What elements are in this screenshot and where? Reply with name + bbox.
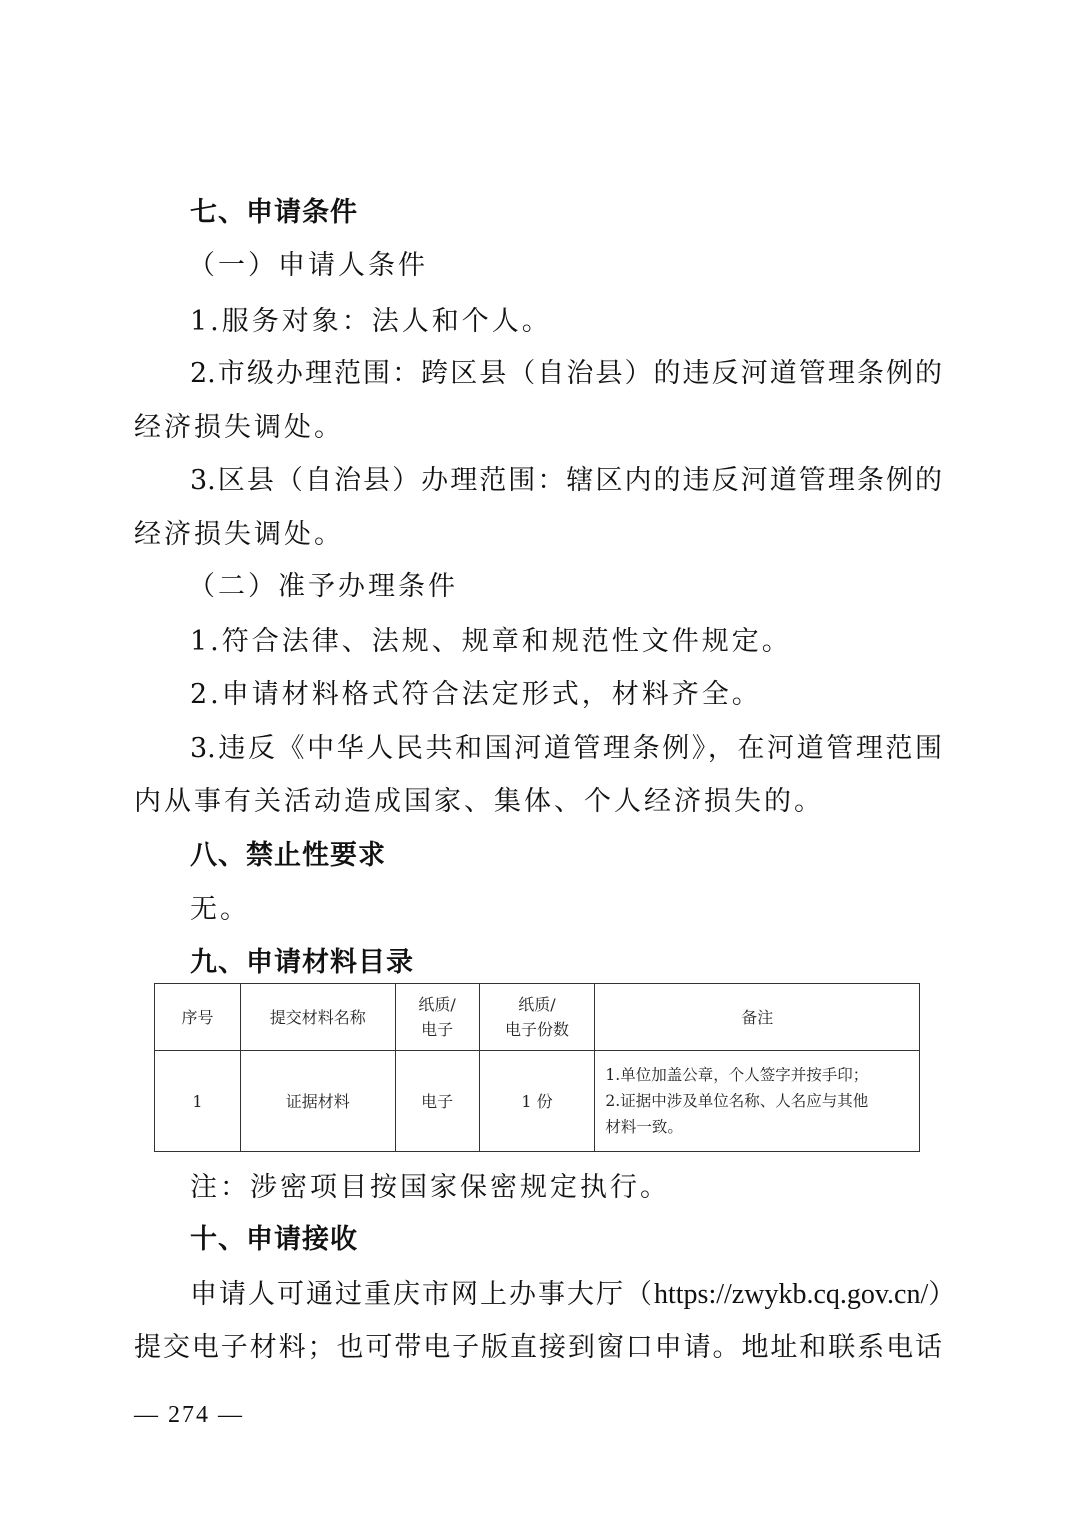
materials-table: 序号 提交材料名称 纸质/ 电子 纸质/ 电子份数 备注 1 证据材料 电子 1… (154, 983, 920, 1152)
cell-index: 1 (155, 1051, 241, 1152)
header-copies-line2: 电子份数 (505, 1020, 569, 1039)
paragraph-application-channel-cont: 提交电子材料；也可带电子版直接到窗口申请。地址和联系电话 (134, 1331, 942, 1365)
paragraph-city-scope-cont: 经济损失调处。 (134, 411, 344, 445)
cell-material-name: 证据材料 (240, 1051, 395, 1152)
cell-copies: 1 份 (479, 1051, 595, 1152)
page-number: — 274 — (134, 1400, 244, 1430)
table-row: 1 证据材料 电子 1 份 1.单位加盖公章，个人签字并按手印； 2.证据中涉及… (155, 1051, 920, 1152)
section-9-footnote: 注：涉密项目按国家保密规定执行。 (190, 1171, 670, 1205)
cell-format: 电子 (395, 1051, 479, 1152)
cell-notes: 1.单位加盖公章，个人签字并按手印； 2.证据中涉及单位名称、人名应与其他 材料… (595, 1051, 920, 1152)
note-line-3: 材料一致。 (605, 1118, 683, 1136)
paragraph-legal-compliance: 1.符合法律、法规、规章和规范性文件规定。 (190, 625, 792, 659)
header-copies: 纸质/ 电子份数 (479, 984, 595, 1051)
note-line-2: 2.证据中涉及单位名称、人名应与其他 (605, 1092, 868, 1110)
channel-text-prefix: 申请人可通过重庆市网上办事大厅（ (190, 1279, 654, 1310)
section-8-body: 无。 (190, 893, 250, 927)
paragraph-violation: 3.违反《中华人民共和国河道管理条例》，在河道管理范围 (190, 732, 942, 766)
header-notes-label: 备注 (741, 1008, 773, 1027)
header-index: 序号 (155, 984, 241, 1051)
table-header-row: 序号 提交材料名称 纸质/ 电子 纸质/ 电子份数 备注 (155, 984, 920, 1051)
subsection-approval-conditions-heading: （二）准予办理条件 (188, 570, 458, 604)
channel-text-suffix: ） (928, 1279, 957, 1310)
paragraph-city-scope: 2.市级办理范围：跨区县（自治县）的违反河道管理条例的 (190, 357, 942, 391)
header-material-name: 提交材料名称 (240, 984, 395, 1051)
header-material-name-label: 提交材料名称 (270, 1008, 366, 1027)
paragraph-violation-cont: 内从事有关活动造成国家、集体、个人经济损失的。 (134, 785, 824, 819)
section-10-heading: 十、申请接收 (190, 1223, 358, 1257)
header-copies-line1: 纸质/ (518, 995, 555, 1014)
header-index-label: 序号 (181, 1008, 213, 1027)
section-8-heading: 八、禁止性要求 (190, 839, 386, 873)
header-format-line2: 电子 (421, 1020, 453, 1039)
header-notes: 备注 (595, 984, 920, 1051)
subsection-applicant-conditions-heading: （一）申请人条件 (188, 249, 428, 283)
header-format: 纸质/ 电子 (395, 984, 479, 1051)
portal-url-link[interactable]: https://zwykb.cq.gov.cn/ (654, 1279, 928, 1310)
section-7-heading: 七、申请条件 (190, 196, 358, 230)
header-format-line1: 纸质/ (418, 995, 455, 1014)
section-9-heading: 九、申请材料目录 (190, 946, 414, 980)
paragraph-application-channel: 申请人可通过重庆市网上办事大厅（https://zwykb.cq.gov.cn/… (190, 1278, 957, 1312)
note-line-1: 1.单位加盖公章，个人签字并按手印； (605, 1066, 868, 1084)
paragraph-district-scope: 3.区县（自治县）办理范围：辖区内的违反河道管理条例的 (190, 464, 942, 498)
paragraph-service-target: 1.服务对象：法人和个人。 (190, 305, 552, 339)
paragraph-materials-format: 2.申请材料格式符合法定形式，材料齐全。 (190, 678, 762, 712)
paragraph-district-scope-cont: 经济损失调处。 (134, 518, 344, 552)
